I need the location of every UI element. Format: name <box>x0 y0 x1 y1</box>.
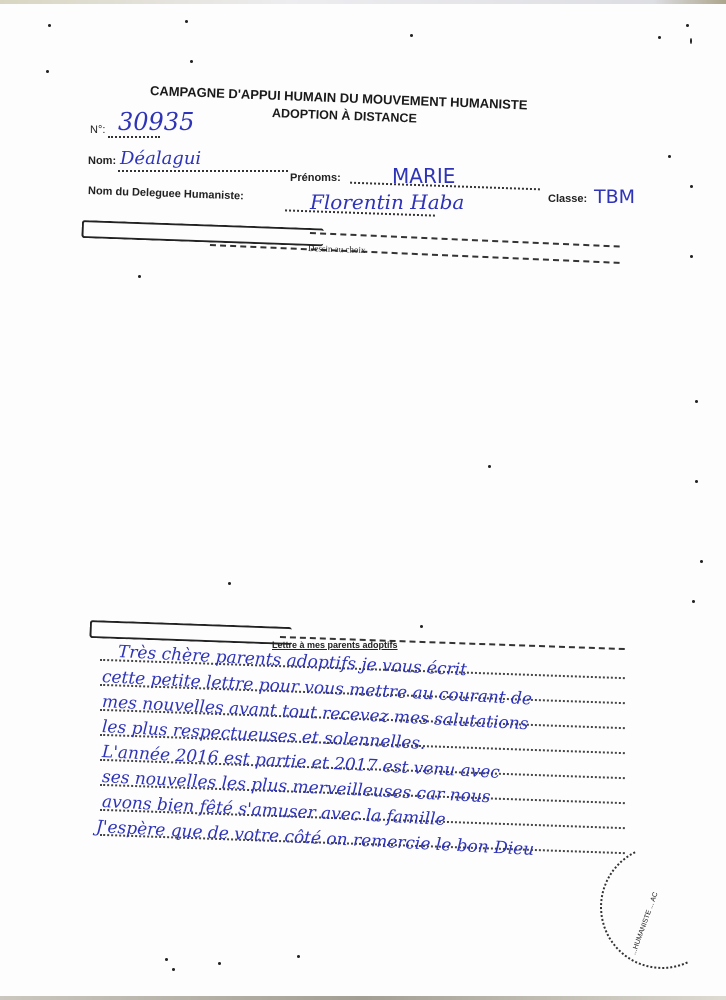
scan-speck <box>488 465 491 468</box>
scan-speck <box>410 34 413 37</box>
scan-speck <box>138 275 141 278</box>
page-bottom-edge <box>0 996 726 1000</box>
number-label: N°: <box>90 124 105 136</box>
scanned-document-page: CAMPAGNE D'APPUI HUMAIN DU MOUVEMENT HUM… <box>0 0 726 1000</box>
drawing-frame-bottom-dash <box>210 244 620 264</box>
scan-speck <box>690 38 692 44</box>
number-dotted-line <box>108 136 160 138</box>
scan-speck <box>185 20 188 23</box>
scan-speck <box>46 70 49 73</box>
prenom-label: Prénoms: <box>290 172 341 184</box>
scan-speck <box>692 600 695 603</box>
nom-value: Déalagui <box>120 148 201 169</box>
delegue-label: Nom du Deleguee Humaniste: <box>88 185 244 202</box>
scan-speck <box>695 480 698 483</box>
scan-speck <box>686 24 689 27</box>
drawing-frame-left <box>81 220 323 246</box>
nom-dotted-line <box>118 170 288 172</box>
number-value: 30935 <box>118 108 194 136</box>
scan-speck <box>700 560 703 563</box>
drawing-caption: Dessin au choix <box>308 243 366 255</box>
scan-speck <box>228 582 231 585</box>
classe-value: TBM <box>594 186 635 208</box>
classe-label: Classe: <box>548 193 587 205</box>
scan-speck <box>172 968 175 971</box>
scan-speck <box>690 255 693 258</box>
scan-speck <box>695 400 698 403</box>
adoption-subtitle: ADOPTION À DISTANCE <box>272 106 417 126</box>
letter-caption: Lettre à mes parents adoptifs <box>272 640 398 650</box>
drawing-area <box>592 300 594 500</box>
scan-speck <box>218 962 221 965</box>
scan-speck <box>297 955 300 958</box>
delegue-value: Florentin Haba <box>310 190 464 214</box>
scan-speck <box>48 24 51 27</box>
scan-speck <box>690 185 693 188</box>
scan-speck <box>190 60 193 63</box>
prenom-value: MARIE <box>392 164 455 188</box>
scan-speck <box>420 625 423 628</box>
page-top-edge <box>0 0 726 4</box>
scan-speck <box>165 958 168 961</box>
nom-label: Nom: <box>88 155 116 167</box>
scan-speck <box>668 155 671 158</box>
scan-speck <box>658 36 661 39</box>
